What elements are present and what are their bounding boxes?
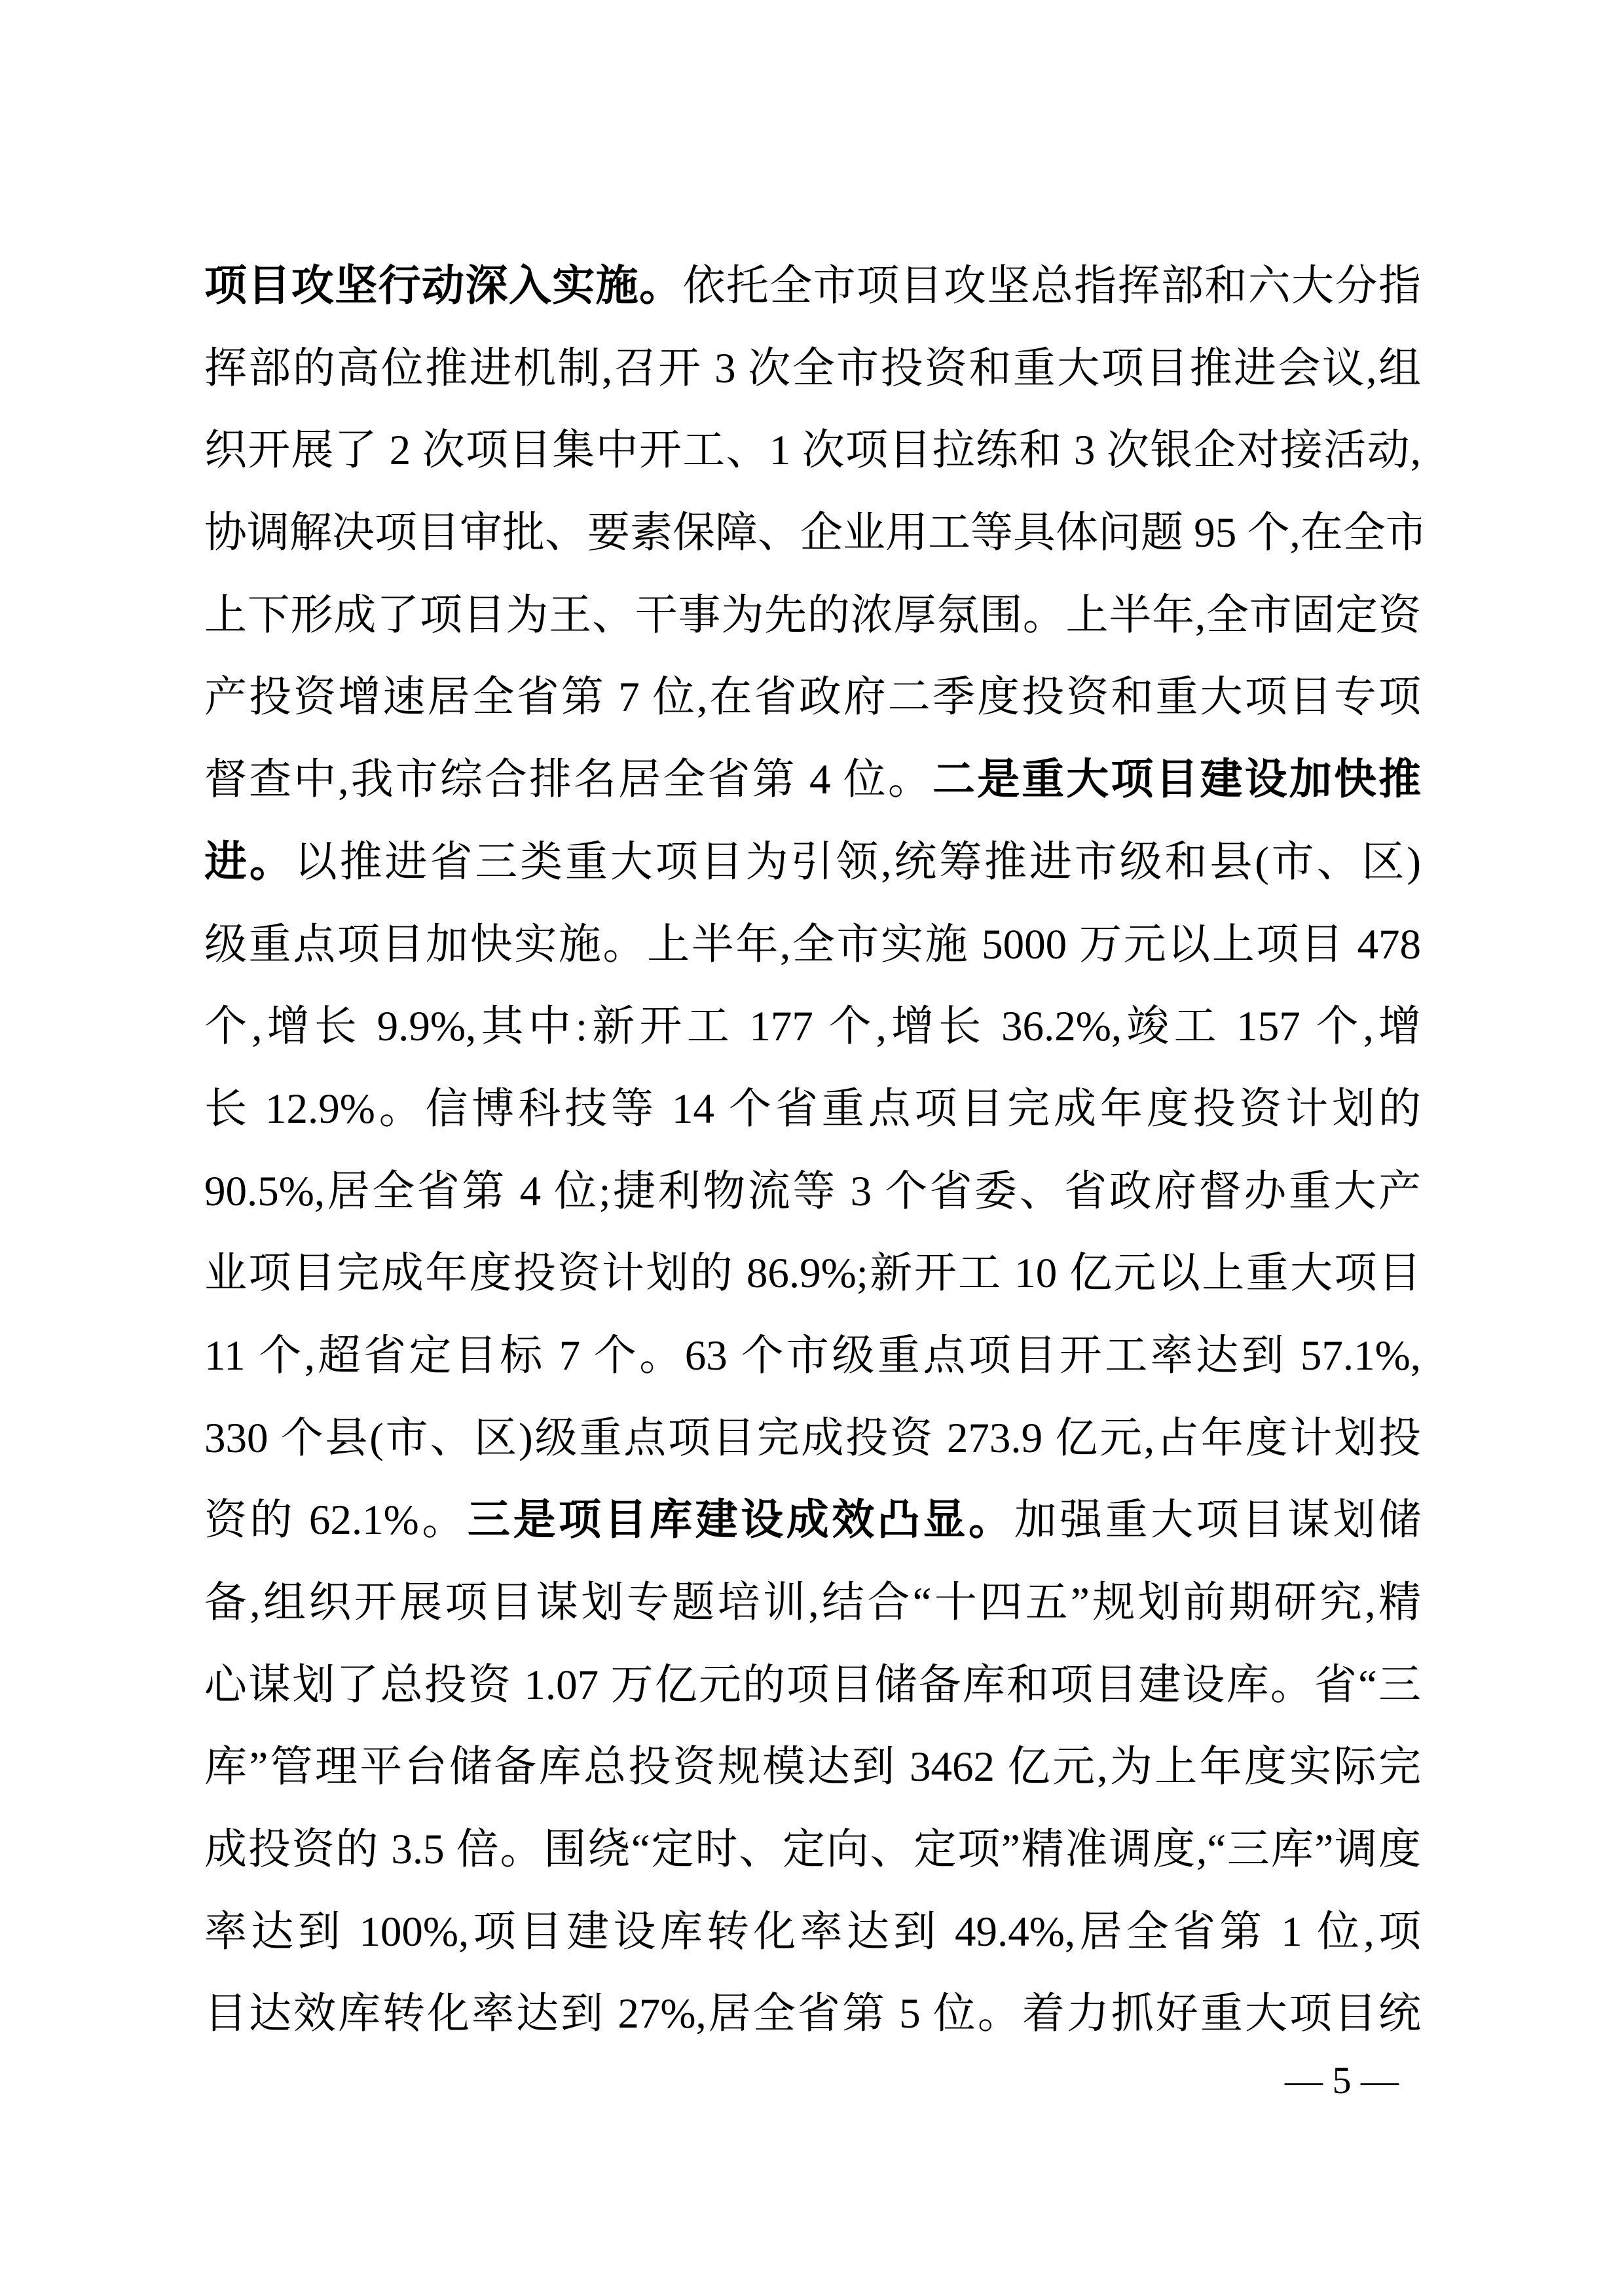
bold-text-run: 进。 <box>204 839 295 886</box>
text-run: 依托全市项目攻坚总指挥部和六大分指 <box>682 263 1421 310</box>
document-page: 项目攻坚行动深入实施。依托全市项目攻坚总指挥部和六大分指挥部的高位推进机制,召开… <box>0 0 1624 2296</box>
text-line-8: 进。以推进省三类重大项目为引领,统筹推进市级和县(市、区) <box>204 822 1421 904</box>
text-line-11: 长 12.9%。信博科技等 14 个省重点项目完成年度投资计划的 <box>204 1068 1421 1151</box>
text-run: 个,增长 9.9%,其中:新开工 177 个,增长 36.2%,竣工 157 个… <box>204 1003 1421 1050</box>
text-run: 资的 62.1%。 <box>204 1497 468 1544</box>
text-run: 协调解决项目审批、要素保障、企业用工等具体问题 95 个,在全市 <box>204 509 1421 556</box>
text-run: 90.5%,居全省第 4 位;捷利物流等 3 个省委、省政府督办重大产 <box>204 1168 1421 1215</box>
text-run: 上下形成了项目为王、干事为先的浓厚氛围。上半年,全市固定资 <box>204 592 1421 639</box>
text-run: 以推进省三类重大项目为引领,统筹推进市级和县(市、区) <box>295 839 1421 886</box>
text-run: 挥部的高位推进机制,召开 3 次全市投资和重大项目推进会议,组 <box>204 345 1421 392</box>
text-run: 备,组织开展项目谋划专题培训,结合“十四五”规划前期研究,精 <box>204 1579 1421 1626</box>
text-run: 长 12.9%。信博科技等 14 个省重点项目完成年度投资计划的 <box>204 1085 1421 1133</box>
text-line-19: 库”管理平台储备库总投资规模达到 3462 亿元,为上年度实际完 <box>204 1726 1421 1809</box>
text-run: 织开展了 2 次项目集中开工、1 次项目拉练和 3 次银企对接活动, <box>204 427 1421 474</box>
text-line-14: 11 个,超省定目标 7 个。63 个市级重点项目开工率达到 57.1%, <box>204 1315 1421 1398</box>
text-line-1: 项目攻坚行动深入实施。依托全市项目攻坚总指挥部和六大分指 <box>204 246 1421 328</box>
text-line-17: 备,组织开展项目谋划专题培训,结合“十四五”规划前期研究,精 <box>204 1562 1421 1645</box>
text-line-12: 90.5%,居全省第 4 位;捷利物流等 3 个省委、省政府督办重大产 <box>204 1151 1421 1233</box>
text-line-15: 330 个县(市、区)级重点项目完成投资 273.9 亿元,占年度计划投 <box>204 1398 1421 1480</box>
text-line-7: 督查中,我市综合排名居全省第 4 位。二是重大项目建设加快推 <box>204 739 1421 822</box>
text-run: 业项目完成年度投资计划的 86.9%;新开工 10 亿元以上重大项目 <box>204 1250 1421 1297</box>
text-line-5: 上下形成了项目为王、干事为先的浓厚氛围。上半年,全市固定资 <box>204 575 1421 657</box>
text-line-16: 资的 62.1%。三是项目库建设成效凸显。加强重大项目谋划储 <box>204 1480 1421 1562</box>
text-run: 督查中,我市综合排名居全省第 4 位。 <box>204 756 932 803</box>
page-number: — 5 — <box>1285 2048 1399 2113</box>
text-run: 库”管理平台储备库总投资规模达到 3462 亿元,为上年度实际完 <box>204 1743 1421 1791</box>
text-line-6: 产投资增速居全省第 7 位,在省政府二季度投资和重大项目专项 <box>204 657 1421 739</box>
bold-text-run: 三是项目库建设成效凸显。 <box>468 1497 1014 1544</box>
text-line-3: 织开展了 2 次项目集中开工、1 次项目拉练和 3 次银企对接活动, <box>204 410 1421 492</box>
text-line-22: 目达效库转化率达到 27%,居全省第 5 位。着力抓好重大项目统 <box>204 1973 1421 2056</box>
text-line-20: 成投资的 3.5 倍。围绕“定时、定向、定项”精准调度,“三库”调度 <box>204 1809 1421 1891</box>
text-run: 心谋划了总投资 1.07 万亿元的项目储备库和项目建设库。省“三 <box>204 1662 1421 1709</box>
text-run: 率达到 100%,项目建设库转化率达到 49.4%,居全省第 1 位,项 <box>204 1908 1421 1956</box>
text-run: 加强重大项目谋划储 <box>1014 1497 1421 1544</box>
text-run: 目达效库转化率达到 27%,居全省第 5 位。着力抓好重大项目统 <box>204 1990 1421 2037</box>
text-run: 成投资的 3.5 倍。围绕“定时、定向、定项”精准调度,“三库”调度 <box>204 1826 1421 1873</box>
text-line-10: 个,增长 9.9%,其中:新开工 177 个,增长 36.2%,竣工 157 个… <box>204 986 1421 1068</box>
document-body: 项目攻坚行动深入实施。依托全市项目攻坚总指挥部和六大分指挥部的高位推进机制,召开… <box>204 246 1421 2056</box>
text-line-2: 挥部的高位推进机制,召开 3 次全市投资和重大项目推进会议,组 <box>204 328 1421 410</box>
text-line-13: 业项目完成年度投资计划的 86.9%;新开工 10 亿元以上重大项目 <box>204 1233 1421 1315</box>
text-line-18: 心谋划了总投资 1.07 万亿元的项目储备库和项目建设库。省“三 <box>204 1645 1421 1727</box>
text-line-4: 协调解决项目审批、要素保障、企业用工等具体问题 95 个,在全市 <box>204 492 1421 575</box>
text-line-9: 级重点项目加快实施。上半年,全市实施 5000 万元以上项目 478 <box>204 904 1421 987</box>
text-line-21: 率达到 100%,项目建设库转化率达到 49.4%,居全省第 1 位,项 <box>204 1891 1421 1974</box>
bold-text-run: 项目攻坚行动深入实施。 <box>204 263 682 310</box>
text-run: 330 个县(市、区)级重点项目完成投资 273.9 亿元,占年度计划投 <box>204 1415 1421 1462</box>
text-run: 11 个,超省定目标 7 个。63 个市级重点项目开工率达到 57.1%, <box>204 1332 1421 1379</box>
text-run: 级重点项目加快实施。上半年,全市实施 5000 万元以上项目 478 <box>204 921 1421 968</box>
bold-text-run: 二是重大项目建设加快推 <box>932 756 1421 803</box>
text-run: 产投资增速居全省第 7 位,在省政府二季度投资和重大项目专项 <box>204 674 1421 721</box>
